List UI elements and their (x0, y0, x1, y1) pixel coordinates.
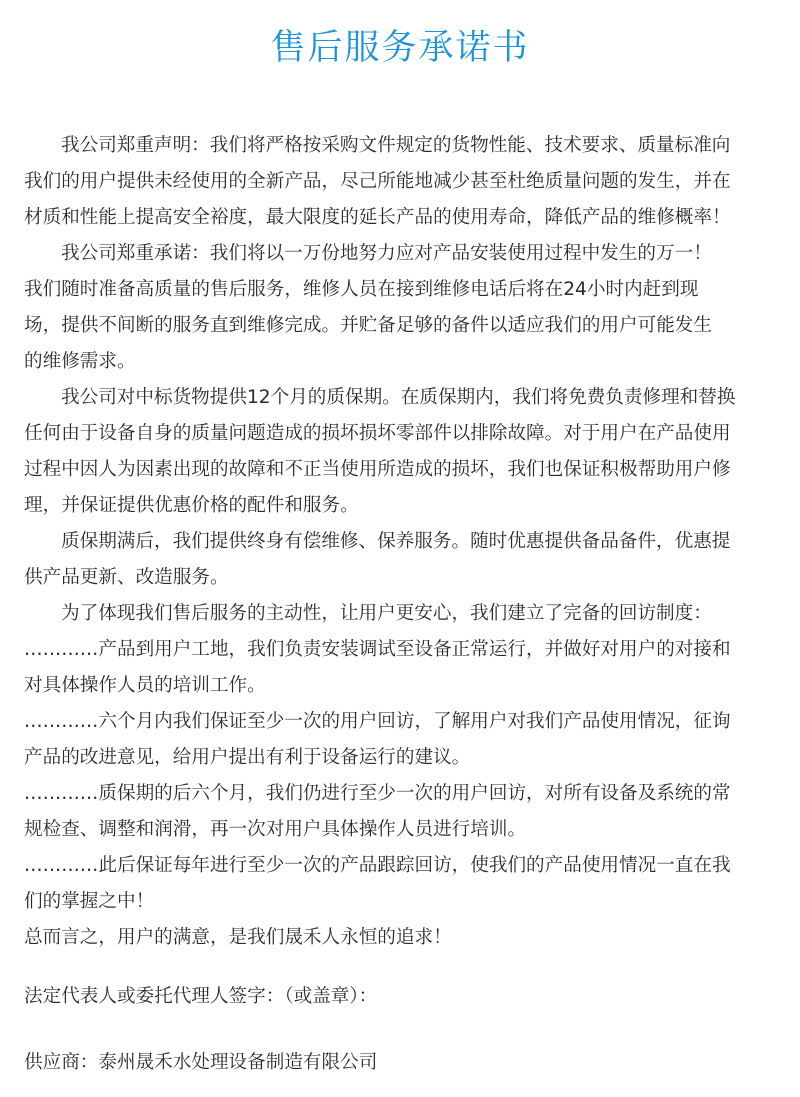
paragraph-commitment: 我公司郑重承诺：我们将以一万份地努力应对产品安装使用过程中发生的万一！ 我们随时… (24, 236, 784, 380)
text-line: 场，提供不间断的服务直到维修完成。并贮备足够的备件以适应我们的用户可能发生 (24, 308, 784, 344)
text-line: …………产品到用户工地，我们负责安装调试至设备正常运行，并做好对用户的对接和 (24, 632, 784, 668)
follow-up-item-1: …………产品到用户工地，我们负责安装调试至设备正常运行，并做好对用户的对接和 对… (24, 632, 784, 704)
text-line: 为了体现我们售后服务的主动性，让用户更安心，我们建立了完备的回访制度： (24, 596, 784, 632)
text-line: 我们的用户提供未经使用的全新产品，尽己所能地减少甚至杜绝质量问题的发生，并在 (24, 164, 784, 200)
text-line: 产品的改进意见，给用户提出有利于设备运行的建议。 (24, 740, 784, 776)
document-title: 售后服务承诺书 (0, 22, 800, 74)
text-line: 对具体操作人员的培训工作。 (24, 668, 784, 704)
text-line: 总而言之，用户的满意，是我们晟禾人永恒的追求！ (24, 920, 784, 956)
text-line: 我公司对中标货物提供12个月的质保期。在质保期内，我们将免费负责修理和替换 (24, 380, 784, 416)
text-line: 过程中因人为因素出现的故障和不正当使用所造成的损坏，我们也保证积极帮助用户修 (24, 452, 784, 488)
document-body: 我公司郑重声明：我们将严格按采购文件规定的货物性能、技术要求、质量标准向 我们的… (24, 128, 784, 956)
text-line: 材质和性能上提高安全裕度，最大限度的延长产品的使用寿命，降低产品的维修概率！ (24, 200, 784, 236)
text-line: 供产品更新、改造服务。 (24, 560, 784, 596)
text-line: 理，并保证提供优惠价格的配件和服务。 (24, 488, 784, 524)
signature-label: 法定代表人或委托代理人签字：（或盖章）： (24, 979, 377, 1015)
text-line: 的维修需求。 (24, 344, 784, 380)
paragraph-after-warranty: 质保期满后，我们提供终身有偿维修、保养服务。随时优惠提供备品备件，优惠提 供产品… (24, 524, 784, 596)
paragraph-follow-up-intro: 为了体现我们售后服务的主动性，让用户更安心，我们建立了完备的回访制度： (24, 596, 784, 632)
text-line: …………质保期的后六个月，我们仍进行至少一次的用户回访，对所有设备及系统的常 (24, 776, 784, 812)
text-line: …………此后保证每年进行至少一次的产品跟踪回访，使我们的产品使用情况一直在我 (24, 848, 784, 884)
text-line: 们的掌握之中！ (24, 884, 784, 920)
closing-statement: 总而言之，用户的满意，是我们晟禾人永恒的追求！ (24, 920, 784, 956)
text-line: 我公司郑重声明：我们将严格按采购文件规定的货物性能、技术要求、质量标准向 (24, 128, 784, 164)
paragraph-warranty: 我公司对中标货物提供12个月的质保期。在质保期内，我们将免费负责修理和替换 任何… (24, 380, 784, 524)
text-line: 我公司郑重承诺：我们将以一万份地努力应对产品安装使用过程中发生的万一！ (24, 236, 784, 272)
supplier-label: 供应商：泰州晟禾水处理设备制造有限公司 (24, 1045, 377, 1081)
paragraph-declaration: 我公司郑重声明：我们将严格按采购文件规定的货物性能、技术要求、质量标准向 我们的… (24, 128, 784, 236)
text-line: 规检查、调整和润滑，再一次对用户具体操作人员进行培训。 (24, 812, 784, 848)
text-line: 我们随时准备高质量的售后服务，维修人员在接到维修电话后将在24小时内赶到现 (24, 272, 784, 308)
text-line: …………六个月内我们保证至少一次的用户回访，了解用户对我们产品使用情况，征询 (24, 704, 784, 740)
text-line: 任何由于设备自身的质量问题造成的损坏损坏零部件以排除故障。对于用户在产品使用 (24, 416, 784, 452)
follow-up-item-4: …………此后保证每年进行至少一次的产品跟踪回访，使我们的产品使用情况一直在我 们… (24, 848, 784, 920)
follow-up-item-2: …………六个月内我们保证至少一次的用户回访，了解用户对我们产品使用情况，征询 产… (24, 704, 784, 776)
text-line: 质保期满后，我们提供终身有偿维修、保养服务。随时优惠提供备品备件，优惠提 (24, 524, 784, 560)
follow-up-item-3: …………质保期的后六个月，我们仍进行至少一次的用户回访，对所有设备及系统的常 规… (24, 776, 784, 848)
